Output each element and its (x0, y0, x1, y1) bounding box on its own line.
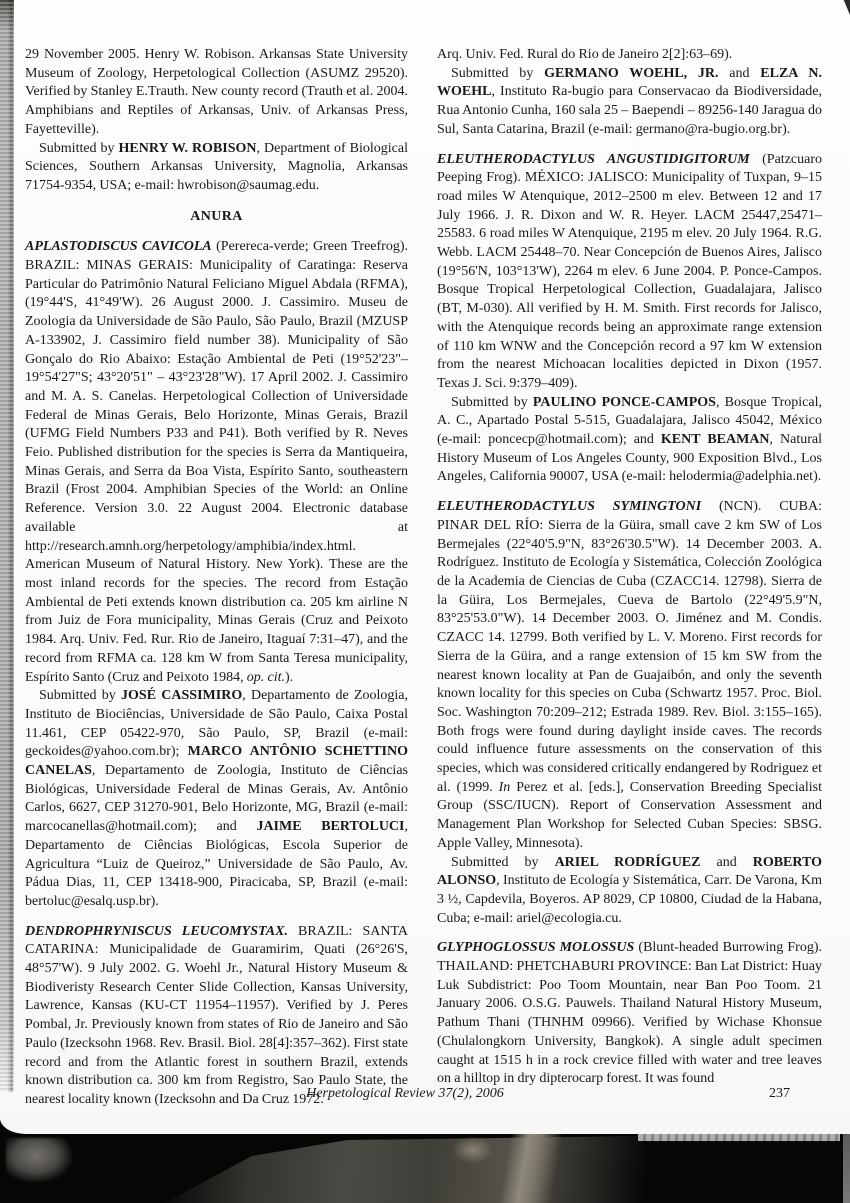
text-segment: DENDROPHRYNISCUS LEUCOMYSTAX. (25, 924, 288, 939)
text-segment: Submitted by (451, 395, 533, 410)
page-edge-shadow (638, 1134, 840, 1141)
text-segment: BRAZIL: SANTA CATARINA: Municipalidade d… (25, 924, 408, 1107)
footer-journal-title: Herpetological Review 37(2), 2006 (0, 1086, 810, 1102)
text-segment: Submitted by (39, 141, 119, 156)
text-segment: (Blunt-headed Burrowing Frog). THAILAND:… (437, 940, 822, 1086)
text-segment: APLASTODISCUS CAVICOLA (25, 239, 212, 254)
scan-background-photo (0, 1134, 850, 1203)
text-segment: and (700, 855, 752, 870)
submitted-by-paragraph: Submitted by ARIEL RODRÍGUEZ and ROBERTO… (437, 854, 822, 929)
text-segment: KENT BEAMAN (661, 432, 770, 447)
background-blob (6, 1138, 72, 1182)
record-entry: DENDROPHRYNISCUS LEUCOMYSTAX. BRAZIL: SA… (25, 923, 408, 1110)
continuation-paragraph: Arq. Univ. Fed. Rural do Rio de Janeiro … (437, 46, 822, 65)
text-segment: ). (285, 670, 293, 685)
text-segment: (Patzcuaro Peeping Frog). MÉXICO: JALISC… (437, 152, 822, 391)
continuation-paragraph: 29 November 2005. Henry W. Robison. Arka… (25, 46, 408, 140)
binding-edge-artifact (0, 0, 14, 1092)
left-column: 29 November 2005. Henry W. Robison. Arka… (25, 46, 408, 1110)
text-segment: Submitted by (39, 688, 121, 703)
text-segment: (Perereca-verde; Green Treefrog). BRAZIL… (25, 239, 408, 684)
page-edge-shadow (843, 1134, 850, 1203)
text-segment: ELEUTHERODACTYLUS ANGUSTIDIGITORUM (437, 152, 750, 167)
right-column: Arq. Univ. Fed. Rural do Rio de Janeiro … (437, 46, 822, 1089)
text-segment: Submitted by (451, 855, 555, 870)
background-shapes (165, 1136, 645, 1203)
record-entry: ELEUTHERODACTYLUS SYMINGTONI (NCN). CUBA… (437, 498, 822, 853)
text-segment: PAULINO PONCE-CAMPOS (533, 395, 716, 410)
submitted-by-paragraph: Submitted by HENRY W. ROBISON, Departmen… (25, 140, 408, 196)
page-surface: 29 November 2005. Henry W. Robison. Arka… (0, 0, 850, 1134)
text-segment: (NCN). CUBA: PINAR DEL RÍO: Sierra de la… (437, 499, 822, 795)
text-segment: op. cit. (247, 670, 285, 685)
text-segment: Submitted by (451, 66, 544, 81)
submitted-by-paragraph: Submitted by PAULINO PONCE-CAMPOS, Bosqu… (437, 394, 822, 488)
text-segment: Arq. Univ. Fed. Rural do Rio de Janeiro … (437, 47, 732, 62)
text-segment: , Instituto Ra-bugio para Conservacao da… (437, 84, 822, 136)
text-segment: ELEUTHERODACTYLUS SYMINGTONI (437, 499, 701, 514)
text-segment: GLYPHOGLOSSUS MOLOSSUS (437, 940, 634, 955)
text-segment: GERMANO WOEHL, JR. (544, 66, 718, 81)
record-entry: APLASTODISCUS CAVICOLA (Perereca-verde; … (25, 238, 408, 687)
submitted-by-paragraph: Submitted by JOSÉ CASSIMIRO, Departament… (25, 687, 408, 911)
record-entry: GLYPHOGLOSSUS MOLOSSUS (Blunt-headed Bur… (437, 939, 822, 1089)
submitted-by-paragraph: Submitted by GERMANO WOEHL, JR. and ELZA… (437, 65, 822, 140)
text-segment: JAIME BERTOLUCI (256, 819, 404, 834)
text-segment: and (719, 66, 761, 81)
background-blob (452, 1136, 494, 1164)
text-segment: ARIEL RODRÍGUEZ (555, 855, 701, 870)
text-segment: JOSÉ CASSIMIRO (121, 688, 242, 703)
text-segment: In (499, 780, 511, 795)
footer-page-number: 237 (769, 1086, 819, 1102)
text-segment: 29 November 2005. Henry W. Robison. Arka… (25, 47, 408, 137)
text-segment: HENRY W. ROBISON (119, 141, 257, 156)
record-entry: ELEUTHERODACTYLUS ANGUSTIDIGITORUM (Patz… (437, 151, 822, 394)
section-heading: ANURA (25, 208, 408, 227)
